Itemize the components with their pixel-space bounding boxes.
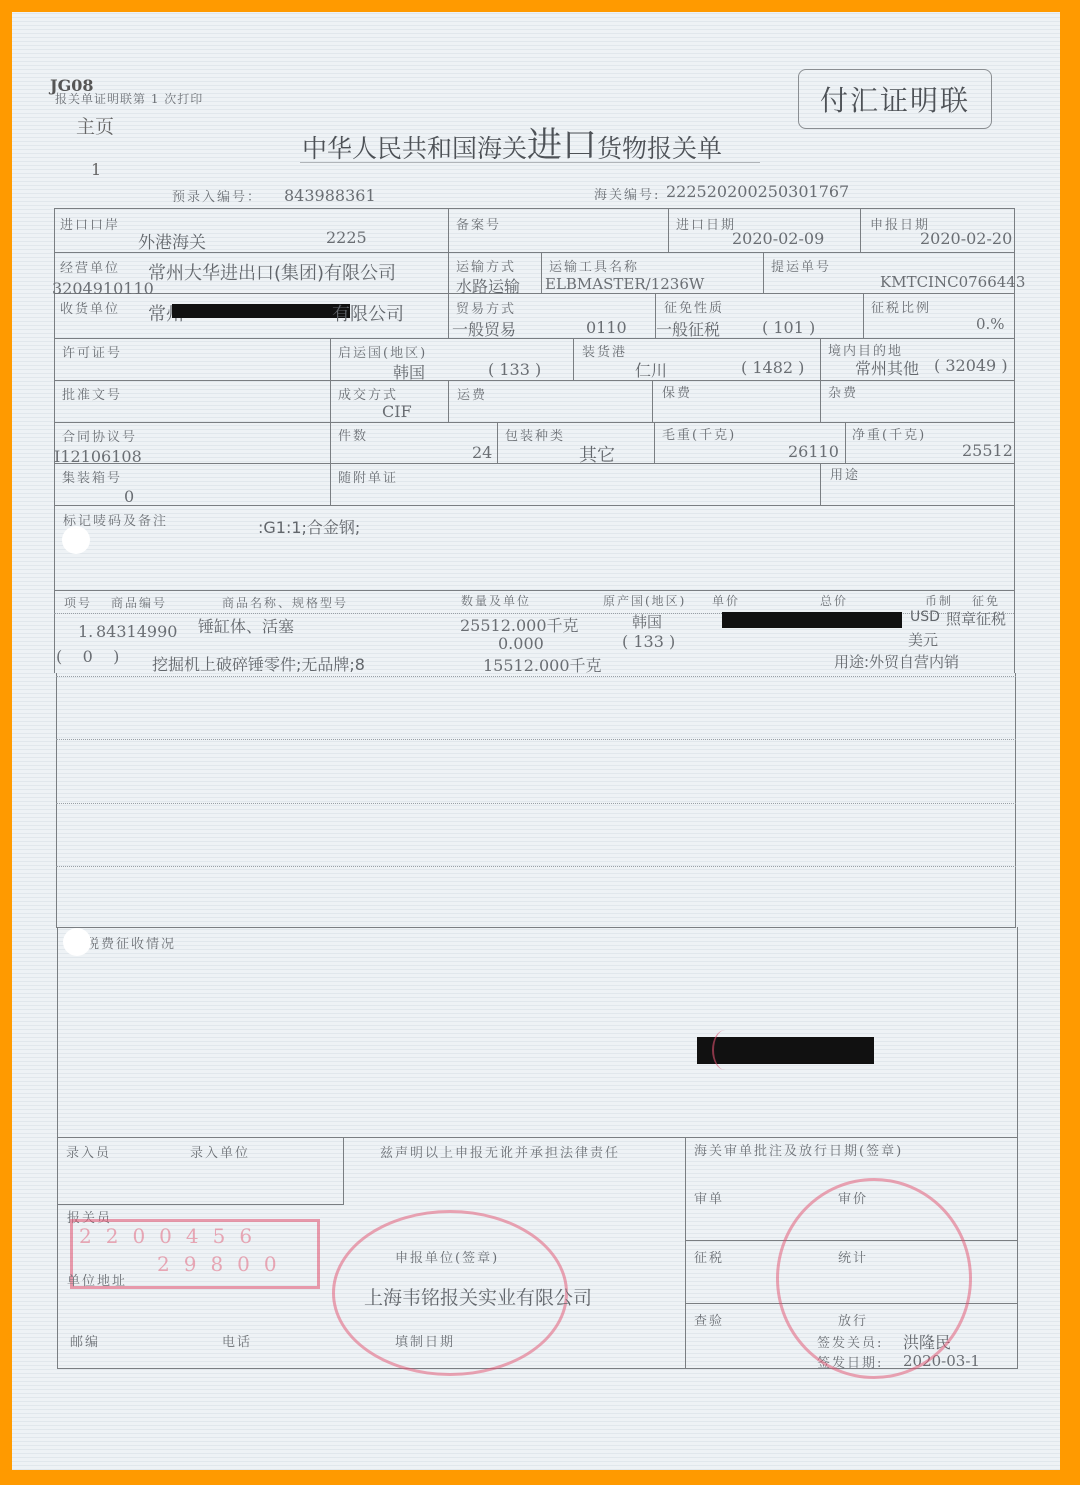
grid-line	[54, 208, 1014, 209]
declare-unit-label: 申报单位(签章)	[395, 1247, 499, 1266]
tax-label: 征税	[694, 1247, 724, 1266]
inspection-label: 查验	[694, 1310, 724, 1329]
grid-line	[57, 927, 58, 1369]
declare-date: 2020-02-20	[920, 229, 1012, 248]
sub-item-no: ( 0 )	[56, 647, 119, 666]
grid-line	[863, 293, 864, 338]
remarks: :G1:1;合金钢;	[258, 515, 360, 538]
grid-line	[56, 866, 1016, 867]
import-date-label: 进口日期	[676, 214, 736, 233]
grid-line	[860, 208, 861, 252]
consignee-name-suffix: 有限公司	[332, 300, 404, 326]
th-item-no: 项号	[64, 594, 92, 611]
grid-line	[57, 1137, 1017, 1138]
operator-name: 常州大华进出口(集团)有限公司	[148, 259, 396, 285]
th-hs-code: 商品编号	[111, 594, 167, 611]
page-label: 主页	[76, 112, 114, 139]
grid-line	[343, 1137, 344, 1205]
item-no: 1.	[78, 622, 93, 641]
grid-line	[56, 673, 57, 928]
grid-line	[56, 676, 1016, 677]
container-no-label: 集装箱号	[62, 467, 122, 486]
freight-label: 运费	[457, 384, 487, 403]
grid-line	[654, 422, 655, 463]
trade-mode-label: 贸易方式	[456, 298, 516, 317]
grid-line	[54, 422, 1014, 423]
grid-line	[652, 380, 653, 422]
customs-approval-label: 海关审单批注及放行日期(签章)	[694, 1140, 903, 1159]
page-title: 中华人民共和国海关进口货物报关单	[302, 118, 722, 168]
bottom-strip	[12, 1470, 1068, 1485]
vessel-label: 运输工具名称	[549, 256, 639, 275]
title-underline	[300, 162, 760, 163]
customs-seal	[776, 1178, 972, 1379]
entry-clerk-label: 录入员	[66, 1142, 111, 1161]
th-origin: 原产国(地区)	[603, 592, 686, 609]
grid-line	[54, 293, 1014, 294]
levy-nature-label: 征免性质	[664, 297, 724, 316]
license-no-label: 许可证号	[62, 342, 122, 361]
import-port-label: 进口口岸	[60, 214, 120, 233]
usage: 用途:外贸自营内销	[834, 651, 959, 672]
th-total-price: 总价	[820, 592, 848, 609]
th-unit-price: 单价	[712, 592, 740, 609]
tax-section-label: 税费征收情况	[86, 933, 176, 952]
customs-number: 222520200250301767	[666, 182, 849, 201]
gross-weight-label: 毛重(千克)	[662, 424, 736, 443]
bill-of-lading-label: 提运单号	[771, 256, 831, 275]
approval-no-label: 批准文号	[62, 384, 122, 403]
operator-label: 经营单位	[60, 257, 120, 276]
import-port-code: 2225	[326, 228, 367, 247]
contract-no-label: 合同协议号	[62, 426, 137, 445]
gross-weight: 26110	[788, 442, 839, 461]
grid-line	[820, 463, 821, 505]
deal-mode-label: 成交方式	[338, 384, 398, 403]
operator-code: 3204910110	[52, 279, 154, 298]
grid-line	[685, 1137, 686, 1368]
grid-line	[54, 463, 1014, 464]
grid-line	[56, 739, 1016, 740]
pre-entry-number: 843988361	[284, 186, 376, 205]
hole-punch	[62, 526, 90, 554]
phone-label: 电话	[222, 1331, 252, 1350]
hole-punch	[63, 928, 91, 956]
grid-line	[668, 208, 669, 252]
origin-country-label: 启运国(地区)	[338, 342, 427, 361]
broker-stamp-zip: 29800	[157, 1252, 291, 1276]
customs-number-label: 海关编号:	[594, 184, 660, 203]
quantity-2: 0.000	[498, 634, 544, 653]
levy-rate: 0.%	[976, 315, 1005, 333]
usage-label: 用途	[830, 464, 860, 483]
transport-mode: 水路运输	[456, 274, 520, 297]
grid-line	[54, 590, 1014, 591]
grid-line	[54, 208, 55, 673]
attached-docs-label: 随附单证	[338, 467, 398, 486]
loading-port: 仁川	[635, 358, 667, 381]
pre-entry-label: 预录入编号：	[172, 186, 262, 205]
grid-line	[54, 338, 1014, 339]
packages-label: 件数	[338, 425, 368, 444]
destination: 常州其他	[855, 356, 919, 379]
hs-code: 84314990	[96, 622, 177, 641]
grid-line	[56, 927, 1016, 928]
redacted-price	[722, 612, 902, 628]
packages-count: 24	[472, 443, 492, 462]
goods-name: 锤缸体、活塞	[198, 614, 294, 637]
vessel-name: ELBMASTER/1236W	[545, 275, 704, 293]
origin-country: 韩国	[393, 360, 425, 383]
goods-spec: 挖掘机上破碎锤零件;无品牌;8	[152, 652, 365, 675]
grid-line	[763, 252, 764, 293]
grid-line	[330, 338, 331, 505]
grid-line	[56, 803, 1016, 804]
th-goods-name: 商品名称、规格型号	[222, 594, 348, 611]
currency: 美元	[908, 629, 938, 650]
grid-line	[820, 338, 821, 380]
entry-unit-label: 录入单位	[190, 1142, 250, 1161]
currency-code: USD	[910, 609, 940, 625]
print-note: 报关单证明联第 1 次打印	[55, 90, 203, 107]
origin-code: ( 133 )	[622, 632, 675, 651]
misc-fee-label: 杂费	[828, 382, 858, 401]
grid-line	[448, 208, 449, 338]
broker-stamp-code: 2200456	[79, 1224, 266, 1248]
loading-port-code: ( 1482 )	[741, 358, 804, 377]
levy-nature: 一般征税	[656, 317, 720, 340]
review-label: 审单	[694, 1188, 724, 1207]
grid-line	[845, 422, 846, 463]
loading-port-label: 装货港	[582, 341, 627, 360]
grid-line	[1017, 927, 1018, 1369]
grid-line	[54, 380, 1014, 381]
declaration-text: 兹声明以上申报无讹并承担法律责任	[380, 1142, 620, 1161]
transport-mode-label: 运输方式	[456, 256, 516, 275]
origin-country-code: ( 133 )	[488, 360, 541, 379]
grid-line	[573, 338, 574, 380]
levy-nature-code: ( 101 )	[762, 318, 815, 337]
net-weight: 25512	[962, 441, 1013, 460]
signature-stroke	[712, 1030, 738, 1070]
th-levy: 征免	[972, 592, 1000, 609]
fill-date-label: 填制日期	[395, 1331, 455, 1350]
address-label: 单位地址	[67, 1270, 127, 1289]
trade-mode-code: 0110	[586, 318, 627, 337]
package-type: 其它	[579, 441, 615, 467]
package-type-label: 包装种类	[505, 425, 565, 444]
grid-line	[541, 252, 542, 293]
grid-line	[54, 505, 1014, 506]
consignee-label: 收货单位	[60, 298, 120, 317]
levy-type: 照章征税	[946, 608, 1006, 629]
copy-type-badge: 付汇证明联	[798, 69, 992, 129]
import-port-name: 外港海关	[138, 228, 206, 253]
th-currency: 币制	[925, 592, 953, 609]
record-no-label: 备案号	[456, 214, 501, 233]
grid-line	[1015, 673, 1016, 928]
quantity-3: 15512.000千克	[483, 653, 602, 676]
bill-of-lading-no: KMTCINC0766443	[880, 273, 1025, 291]
trade-mode: 一般贸易	[452, 317, 516, 340]
import-date: 2020-02-09	[732, 229, 824, 248]
declare-unit-name: 上海韦铭报关实业有限公司	[364, 1283, 592, 1310]
grid-line	[448, 380, 449, 422]
container-no: 0	[124, 487, 134, 506]
grid-line	[57, 1204, 343, 1205]
postcode-label: 邮编	[70, 1331, 100, 1350]
quantity-1: 25512.000千克	[460, 613, 579, 636]
levy-rate-label: 征税比例	[871, 297, 931, 316]
origin-country: 韩国	[632, 611, 662, 632]
destination-code: ( 32049 )	[934, 356, 1008, 375]
page-number: 1	[91, 160, 101, 179]
deal-mode: CIF	[382, 402, 412, 421]
insurance-label: 保费	[662, 382, 692, 401]
net-weight-label: 净重(千克)	[852, 424, 926, 443]
grid-line	[820, 380, 821, 422]
th-quantity: 数量及单位	[461, 592, 531, 609]
grid-line	[497, 422, 498, 463]
contract-no: I12106108	[54, 447, 142, 466]
redacted-consignee	[172, 304, 350, 318]
